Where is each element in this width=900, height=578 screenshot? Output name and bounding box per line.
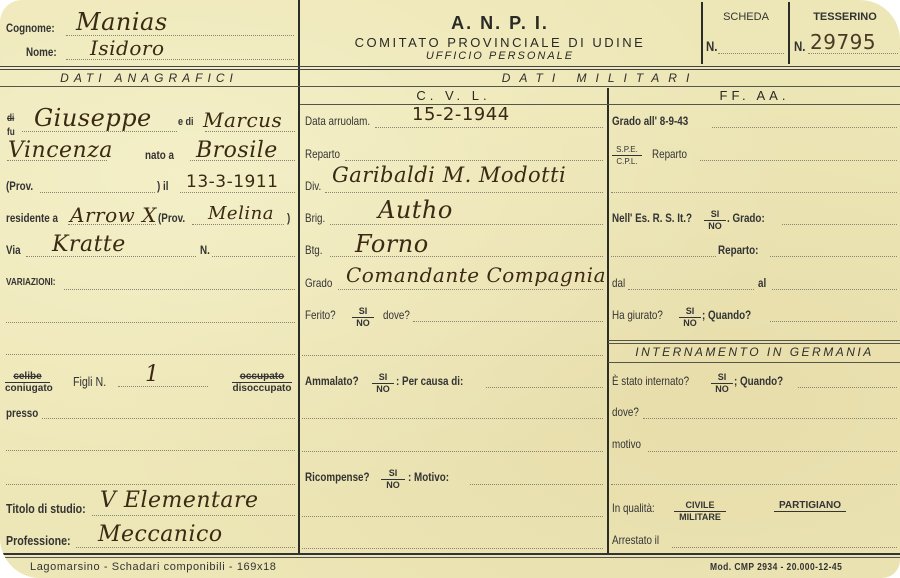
cvl-reparto-line <box>345 160 603 161</box>
titolo-value[interactable]: V Elementare <box>100 488 259 513</box>
motivo-label: : Motivo: <box>408 470 449 484</box>
nell-es-no: NO <box>704 221 726 232</box>
father-value[interactable]: Giuseppe <box>34 104 152 132</box>
internamento-dove-line <box>643 418 897 419</box>
data-arruolam-line <box>375 127 603 128</box>
mother-second-value[interactable]: Vincenza <box>8 138 113 163</box>
org-title: A. N. P. I. <box>300 13 700 34</box>
internamento-rule-top2 <box>608 343 900 344</box>
internamento-dove-label: dove? <box>612 405 639 419</box>
motivo-line <box>470 484 603 485</box>
via-label: Via <box>6 243 21 257</box>
in-qualita-label: In qualità: <box>612 501 655 515</box>
ammalato-no: NO <box>372 384 394 395</box>
nato-a-label: nato a <box>145 148 174 162</box>
arrestato-line <box>672 547 897 548</box>
spe-label: S.P.E. <box>612 144 642 156</box>
disoccupato-label: disoccupato <box>232 383 292 394</box>
birthdate-value[interactable]: 13-3-1911 <box>186 172 278 192</box>
arrestato-label: Arrestato il <box>612 533 659 547</box>
brig-line <box>330 224 603 225</box>
stato-internato-label: È stato internato? <box>612 374 689 388</box>
header-rule-1 <box>0 66 900 67</box>
ferito-si-no[interactable]: SI NO <box>352 306 374 329</box>
variazioni-line-1 <box>64 289 295 290</box>
internamento-quando-label: ; Quando? <box>734 374 783 388</box>
stato-internato-si-no[interactable]: SI NO <box>711 372 733 395</box>
internamento-title: INTERNAMENTO IN GERMANIA <box>609 345 900 359</box>
titolo-label: Titolo di studio: <box>6 501 86 516</box>
ffaa-reparto2-line <box>770 256 897 257</box>
figli-value[interactable]: 1 <box>145 362 160 387</box>
prov-line <box>40 192 155 193</box>
nell-es-si: SI <box>704 209 726 221</box>
ha-giurato-label: Ha giurato? <box>612 308 663 322</box>
ffaa-reparto2-label: Reparto: <box>718 243 758 257</box>
residence-prov-label: (Prov. <box>158 211 185 225</box>
residence-prov-value[interactable]: Melina <box>208 203 274 224</box>
cvl-title: C. V. L. <box>300 88 607 103</box>
variazioni-line-3 <box>6 354 295 355</box>
e-di-label: e di <box>178 116 194 128</box>
nome-label: Nome: <box>26 45 57 59</box>
cvl-blank-line-5 <box>302 548 603 549</box>
cvl-blank-line-1 <box>302 355 603 356</box>
ffaa-quando-line <box>770 321 897 322</box>
ferito-no: NO <box>352 318 374 329</box>
cvl-blank-line-3 <box>302 451 603 452</box>
tesserino-label: TESSERINO <box>790 11 900 23</box>
reparto2-pre-line <box>611 256 716 257</box>
birthdate-line <box>180 192 295 193</box>
ha-giurato-si-no[interactable]: SI NO <box>679 306 701 329</box>
dove-label: dove? <box>383 308 410 322</box>
data-arruolam-label: Data arruolam. <box>305 114 370 128</box>
committee-title: COMITATO PROVINCIALE DI UDINE <box>300 35 700 50</box>
stato-internato-si: SI <box>711 372 733 384</box>
civile-label: CIVILE <box>674 500 726 512</box>
brig-value[interactable]: Autho <box>378 196 453 224</box>
figli-label: Figli N. <box>73 374 106 389</box>
footer-rule-1 <box>0 553 900 555</box>
data-arruolam-value[interactable]: 15-2-1944 <box>412 104 510 125</box>
tesserino-n-label: N. <box>794 38 805 54</box>
ricompense-label: Ricompense? <box>305 470 370 484</box>
variazioni-line-2 <box>6 322 295 323</box>
internamento-motivo-label: motivo <box>612 437 641 451</box>
partigiano-label: PARTIGIANO <box>774 500 846 512</box>
ammalato-si-no[interactable]: SI NO <box>372 372 394 395</box>
dal-line <box>628 289 754 290</box>
cvl-grado-label: Grado <box>305 276 332 290</box>
section-rule <box>0 86 900 87</box>
dati-anagrafici-title: DATI ANAGRAFICI <box>0 71 298 85</box>
figli-line <box>118 386 208 387</box>
professione-line <box>76 547 295 548</box>
cvl-blank-line-4 <box>302 516 603 517</box>
coniugato-label: coniugato <box>5 383 50 394</box>
btg-value[interactable]: Forno <box>355 230 429 258</box>
per-causa-label: : Per causa di: <box>396 374 463 388</box>
occupato-label: occupato <box>232 371 292 383</box>
model-footer: Mod. CMP 2934 - 20.000-12-45 <box>710 562 842 573</box>
marital-status-fraction: celibe coniugato <box>5 371 50 394</box>
tesserino-n-value[interactable]: 29795 <box>810 30 876 54</box>
grado-all-line <box>712 127 897 128</box>
via-n-line <box>212 256 295 257</box>
scheda-label: SCHEDA <box>703 11 789 23</box>
residence-prov-line <box>192 224 284 225</box>
employment-status-fraction: occupato disoccupato <box>232 371 292 394</box>
al-label: al <box>758 276 766 290</box>
grado-all-label: Grado all' 8-9-43 <box>612 114 688 128</box>
internamento-motivo-line <box>648 451 897 452</box>
dove-line <box>413 321 603 322</box>
birthplace-value[interactable]: Brosile <box>196 138 278 163</box>
professione-label: Professione: <box>6 533 71 548</box>
cpl-label: C.P.L. <box>612 156 642 167</box>
titolo-line <box>92 515 295 516</box>
cvl-blank-line-2 <box>302 418 603 419</box>
printer-footer: Lagomarsino - Schadari componibili - 169… <box>30 561 277 573</box>
partigiano-option[interactable]: PARTIGIANO <box>774 500 846 512</box>
div-line <box>325 192 603 193</box>
mother-first-value[interactable]: Marcus <box>203 108 282 132</box>
stato-internato-no: NO <box>711 384 733 395</box>
ffaa-reparto-line <box>700 160 897 161</box>
ricompense-si-no[interactable]: SI NO <box>381 468 405 491</box>
ricompense-si: SI <box>381 468 405 480</box>
dati-militari-title: DATI MILITARI <box>300 71 900 85</box>
al-line <box>772 289 897 290</box>
ammalato-si: SI <box>372 372 394 384</box>
presso-line <box>42 418 295 419</box>
residente-label: residente a <box>6 211 58 225</box>
internamento-rule-top1 <box>608 340 900 341</box>
ammalato-label: Ammalato? <box>305 374 359 388</box>
internamento-quando-line <box>798 387 897 388</box>
fu-label: fu <box>7 127 15 138</box>
il-label: ) il <box>157 179 168 193</box>
ffaa-blank-line-1 <box>611 192 897 193</box>
ferito-label: Ferito? <box>305 308 336 322</box>
ha-giurato-si: SI <box>679 306 701 318</box>
ha-giurato-no: NO <box>679 318 701 329</box>
anpi-personnel-card: Cognome: Manias Nome: Isidoro A. N. P. I… <box>0 0 900 578</box>
presso-line-3 <box>6 484 295 485</box>
cognome-value[interactable]: Manias <box>76 8 168 36</box>
spe-cpl-fraction[interactable]: S.P.E. C.P.L. <box>612 144 642 167</box>
ffaa-grado-label: . Grado: <box>727 211 765 225</box>
ffaa-reparto-label: Reparto <box>652 147 687 161</box>
ffaa-quando-label: ; Quando? <box>702 308 751 322</box>
internamento-rule-bottom <box>608 362 900 363</box>
via-n-label: N. <box>200 243 210 257</box>
via-value[interactable]: Kratte <box>52 232 126 257</box>
presso-label: presso <box>6 406 38 420</box>
nell-es-label: Nell' Es. R. S. It.? <box>612 211 692 225</box>
internamento-blank-line <box>611 484 897 485</box>
di-label: di <box>7 113 14 124</box>
cvl-ffaa-rule <box>300 104 900 105</box>
header-rule-2 <box>0 69 900 70</box>
prov-label: (Prov. <box>6 179 33 193</box>
office-title: UFFICIO PERSONALE <box>300 50 700 62</box>
militare-label: MILITARE <box>674 512 726 523</box>
cvl-reparto-label: Reparto <box>305 147 340 161</box>
div-value[interactable]: Garibaldi M. Modotti <box>332 163 566 187</box>
brig-label: Brig. <box>305 211 325 225</box>
ferito-si: SI <box>352 306 374 318</box>
scheda-n-label: N. <box>706 38 717 54</box>
footer-rule-2 <box>0 557 900 558</box>
per-causa-line <box>486 387 603 388</box>
nell-es-si-no[interactable]: SI NO <box>704 209 726 232</box>
cvl-grado-line <box>338 289 603 290</box>
ricompense-no: NO <box>381 480 405 491</box>
civile-militare-fraction[interactable]: CIVILE MILITARE <box>674 500 726 523</box>
cvl-grado-value[interactable]: Comandante Compagnia <box>346 263 606 287</box>
residence-prov-close: ) <box>287 211 290 225</box>
professione-value[interactable]: Meccanico <box>98 522 223 547</box>
ffaa-grado-line <box>782 224 897 225</box>
divider-middle-right <box>607 88 609 555</box>
variazioni-label: VARIAZIONI: <box>6 277 56 288</box>
residence-value[interactable]: Arrow X <box>70 203 157 227</box>
ffaa-title: FF. AA. <box>609 88 900 103</box>
nome-value[interactable]: Isidoro <box>90 36 165 60</box>
scheda-n-line <box>718 53 784 54</box>
dal-label: dal <box>612 276 625 290</box>
celibe-label: celibe <box>5 371 50 383</box>
cognome-label: Cognome: <box>6 21 55 35</box>
btg-label: Btg. <box>305 243 323 257</box>
presso-line-2 <box>6 450 295 451</box>
div-label: Div. <box>305 179 321 193</box>
